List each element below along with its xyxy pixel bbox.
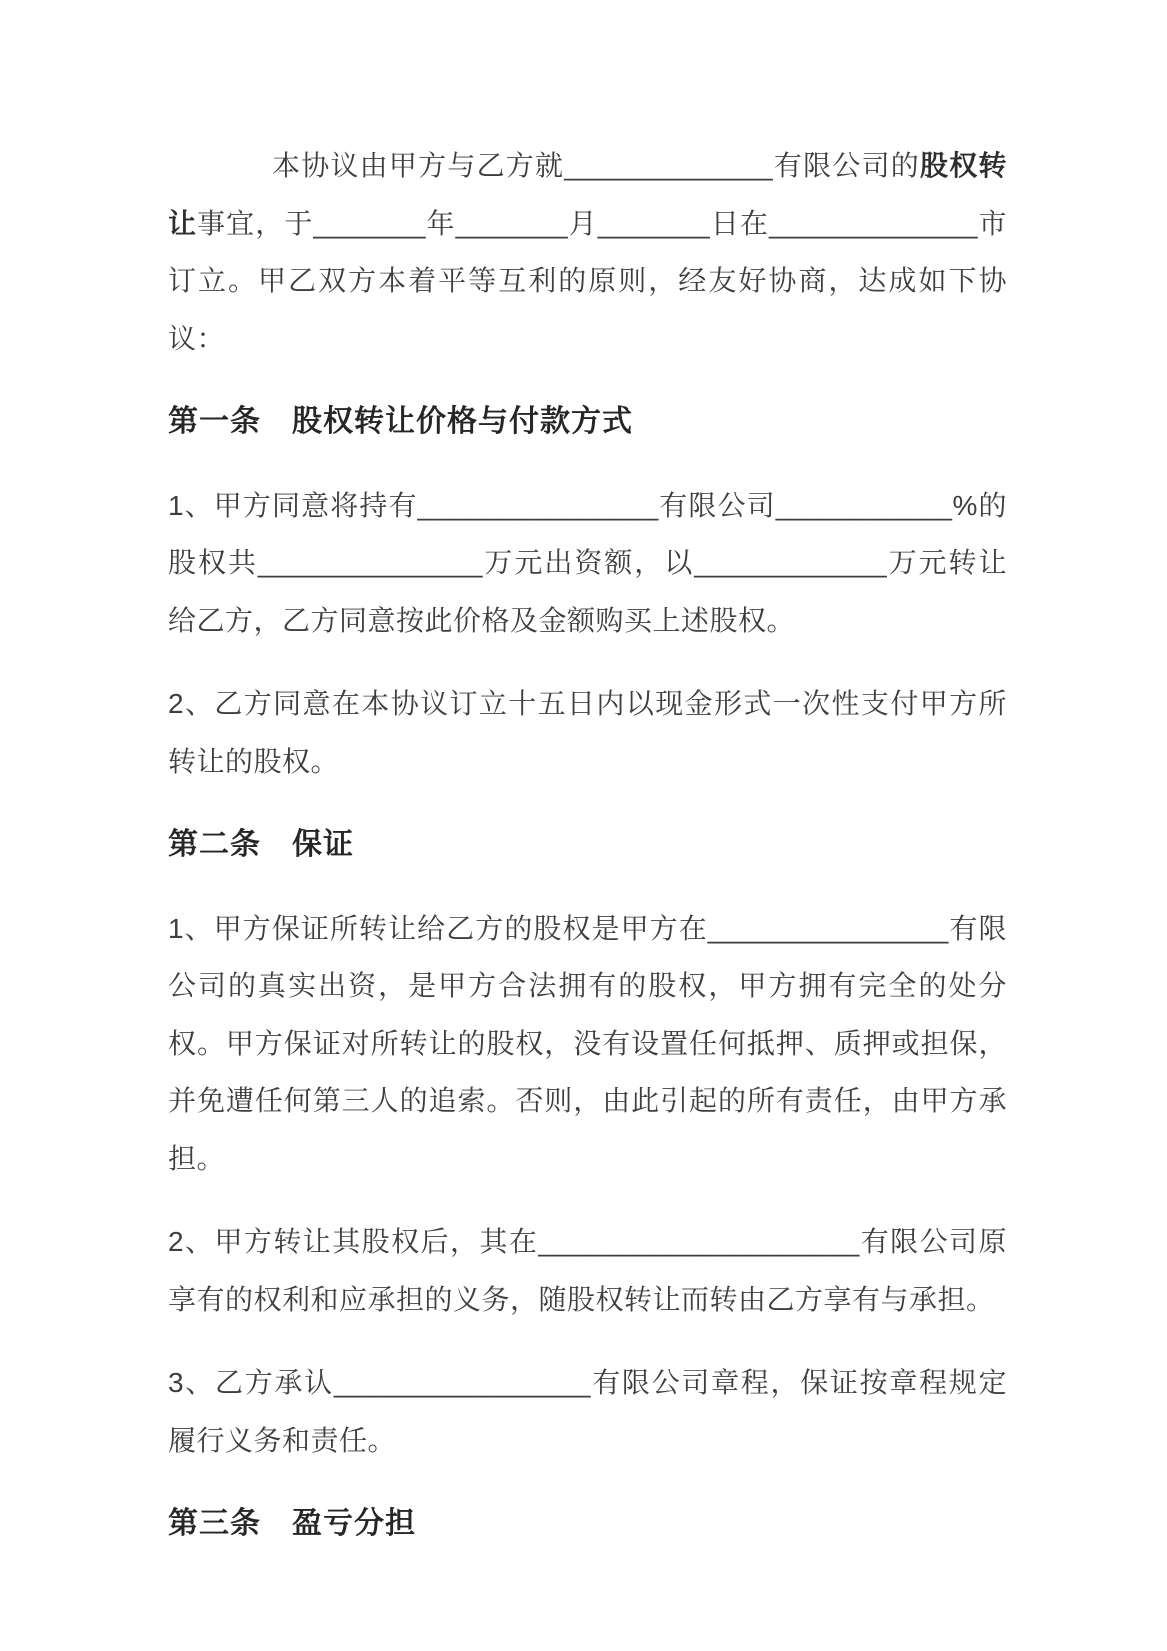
section-3-heading: 第三条 盈亏分担 [168,1495,1007,1553]
section-2-paragraph-3: 3、乙方承认________________有限公司章程，保证按章程规定履行义务… [168,1354,1007,1469]
intro-text-post: 事宜，于_______年_______月_______日在___________… [168,208,1007,354]
section-1-paragraph-1: 1、甲方同意将持有_______________有限公司___________%… [168,477,1007,650]
section-2-paragraph-2: 2、甲方转让其股权后，其在____________________有限公司原享有… [168,1213,1007,1328]
intro-text-pre: 本协议由甲方与乙方就_____________有限公司的 [272,150,920,181]
section-2-paragraph-1: 1、甲方保证所转让给乙方的股权是甲方在_______________有限公司的真… [168,900,1007,1188]
intro-paragraph: 本协议由甲方与乙方就_____________有限公司的股权转让事宜，于____… [168,137,1007,367]
section-2-heading: 第二条 保证 [168,816,1007,874]
document-page: 本协议由甲方与乙方就_____________有限公司的股权转让事宜，于____… [0,0,1167,1651]
section-1-heading: 第一条 股权转让价格与付款方式 [168,393,1007,451]
section-1-paragraph-2: 2、乙方同意在本协议订立十五日内以现金形式一次性支付甲方所转让的股权。 [168,675,1007,790]
